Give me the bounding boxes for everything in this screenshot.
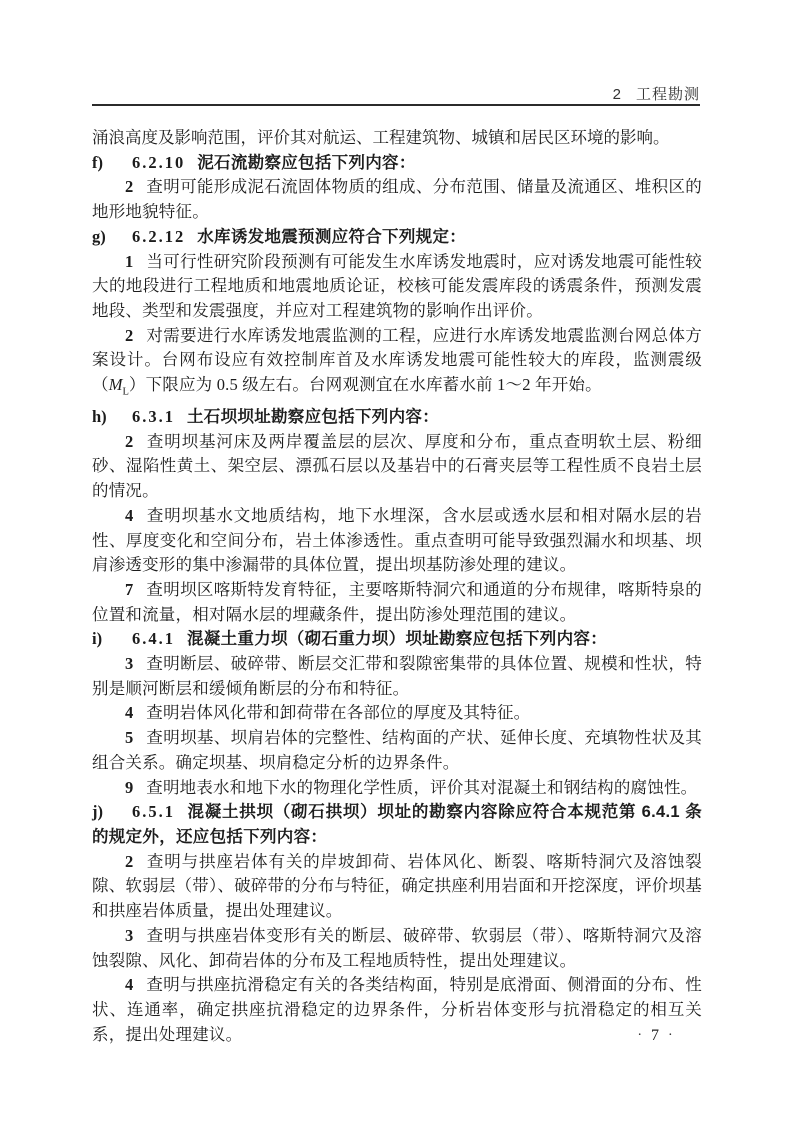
item-number: 3 <box>125 926 133 945</box>
item-number: 2 <box>125 852 133 871</box>
item-text: 查明坝基河床及两岸覆盖层的层次、厚度和分布，重点查明软土层、粉细砂、湿陷性黄土、… <box>92 432 702 500</box>
item-number: 4 <box>125 703 133 722</box>
list-item: 2查明与拱座岩体有关的岸坡卸荷、岩体风化、断裂、喀斯特洞穴及溶蚀裂隙、软弱层（带… <box>92 850 702 924</box>
list-label: j) <box>92 800 132 825</box>
list-item: 4查明与拱座抗滑稳定有关的各类结构面，特别是底滑面、侧滑面的分布、性状、连通率，… <box>92 973 702 1047</box>
list-item: 7查明坝区喀斯特发育特征，主要喀斯特洞穴和通道的分布规律，喀斯特泉的位置和流量，… <box>92 578 702 627</box>
item-text: 当可行性研究阶段预测有可能发生水库诱发地震时，应对诱发地震可能性较大的地段进行工… <box>92 252 702 320</box>
chapter-title: 工程勘测 <box>636 86 700 103</box>
clause-number: 6.2.12 <box>132 227 185 246</box>
document-body: 涌浪高度及影响范围，评价其对航运、工程建筑物、城镇和居民区环境的影响。 f)6.… <box>92 126 702 1047</box>
page-number: ·7· <box>612 1027 698 1045</box>
list-label: g) <box>92 225 132 250</box>
list-item: 2查明坝基河床及两岸覆盖层的层次、厚度和分布，重点查明软土层、粉细砂、湿陷性黄土… <box>92 430 702 504</box>
list-item: 3查明断层、破碎带、断层交汇带和裂隙密集带的具体位置、规模和性状，特别是顺河断层… <box>92 652 702 701</box>
item-number: 2 <box>125 177 133 196</box>
list-label: f) <box>92 151 132 176</box>
item-text: 查明与拱座岩体变形有关的断层、破碎带、软弱层（带）、喀斯特洞穴及溶蚀裂隙、风化、… <box>92 926 702 970</box>
list-item: 9查明地表水和地下水的物理化学性质，评价其对混凝土和钢结构的腐蚀性。 <box>92 776 702 801</box>
list-label: h) <box>92 405 132 430</box>
list-item: 4查明岩体风化带和卸荷带在各部位的厚度及其特征。 <box>92 701 702 726</box>
item-text: 查明坝基、坝肩岩体的完整性、结构面的产状、延伸长度、充填物性状及其组合关系。确定… <box>92 728 702 772</box>
chapter-number: 2 <box>613 86 622 103</box>
item-text: 查明断层、破碎带、断层交汇带和裂隙密集带的具体位置、规模和性状，特别是顺河断层和… <box>92 654 702 698</box>
clause-title: 泥石流勘察应包括下列内容： <box>197 154 415 172</box>
item-text: 查明可能形成泥石流固体物质的组成、分布范围、储量及流通区、堆积区的地形地貌特征。 <box>92 177 702 221</box>
item-number: 1 <box>125 252 133 271</box>
clause-number: 6.5.1 <box>132 802 175 821</box>
clause-heading-g: g)6.2.12水库诱发地震预测应符合下列规定： <box>92 225 702 250</box>
list-item: 3查明与拱座岩体变形有关的断层、破碎带、软弱层（带）、喀斯特洞穴及溶蚀裂隙、风化… <box>92 924 702 973</box>
item-number: 9 <box>125 778 133 797</box>
list-item: 5查明坝基、坝肩岩体的完整性、结构面的产状、延伸长度、充填物性状及其组合关系。确… <box>92 726 702 775</box>
item-number: 7 <box>125 580 133 599</box>
header-rule <box>92 104 700 106</box>
paragraph-continuation: 涌浪高度及影响范围，评价其对航运、工程建筑物、城镇和居民区环境的影响。 <box>92 126 702 151</box>
item-text: 查明与拱座岩体有关的岸坡卸荷、岩体风化、断裂、喀斯特洞穴及溶蚀裂隙、软弱层（带）… <box>92 852 702 920</box>
clause-title: 土石坝坝址勘察应包括下列内容： <box>187 408 439 426</box>
clause-heading-i: i)6.4.1混凝土重力坝（砌石重力坝）坝址勘察应包括下列内容： <box>92 627 702 652</box>
clause-number: 6.4.1 <box>132 629 175 648</box>
magnitude-symbol: M <box>109 375 123 394</box>
clause-title: 水库诱发地震预测应符合下列规定： <box>197 228 466 246</box>
list-item: 1当可行性研究阶段预测有可能发生水库诱发地震时，应对诱发地震可能性较大的地段进行… <box>92 250 702 324</box>
item-number: 2 <box>125 432 133 451</box>
clause-number: 6.2.10 <box>132 153 185 172</box>
list-item: 2对需要进行水库诱发地震监测的工程，应进行水库诱发地震监测台网总体方案设计。台网… <box>92 324 702 405</box>
clause-heading-j: j)6.5.1混凝土拱坝（砌石拱坝）坝址的勘察内容除应符合本规范第 6.4.1 … <box>92 800 702 849</box>
page-number-dot-left: · <box>637 1028 642 1043</box>
list-label: i) <box>92 627 132 652</box>
item-number: 3 <box>125 654 133 673</box>
page-number-value: 7 <box>651 1027 659 1044</box>
item-number: 5 <box>125 728 133 747</box>
item-text: 查明地表水和地下水的物理化学性质，评价其对混凝土和钢结构的腐蚀性。 <box>146 778 697 797</box>
item-text: 查明与拱座抗滑稳定有关的各类结构面，特别是底滑面、侧滑面的分布、性状、连通率，确… <box>92 975 702 1043</box>
item-number: 4 <box>125 975 133 994</box>
page-number-dot-right: · <box>668 1028 673 1043</box>
item-number: 2 <box>125 326 133 345</box>
item-text: 查明坝基水文地质结构，地下水埋深，含水层或透水层和相对隔水层的岩性、厚度变化和空… <box>92 506 702 574</box>
clause-number: 6.3.1 <box>132 407 175 426</box>
clause-heading-f: f)6.2.10泥石流勘察应包括下列内容： <box>92 151 702 176</box>
item-number: 4 <box>125 506 133 525</box>
running-header: 2工程勘测 <box>92 83 700 104</box>
item-text: 查明岩体风化带和卸荷带在各部位的厚度及其特征。 <box>146 703 530 722</box>
item-text: 查明坝区喀斯特发育特征，主要喀斯特洞穴和通道的分布规律，喀斯特泉的位置和流量，相… <box>92 580 702 624</box>
clause-title: 混凝土重力坝（砌石重力坝）坝址勘察应包括下列内容： <box>187 630 607 648</box>
clause-title: 混凝土拱坝（砌石拱坝）坝址的勘察内容除应符合本规范第 6.4.1 条的规定外，还… <box>92 803 702 846</box>
item-text: ）下限应为 0.5 级左右。台网观测宜在水库蓄水前 1～2 年开始。 <box>129 375 602 394</box>
clause-heading-h: h)6.3.1土石坝坝址勘察应包括下列内容： <box>92 405 702 430</box>
list-item: 2查明可能形成泥石流固体物质的组成、分布范围、储量及流通区、堆积区的地形地貌特征… <box>92 175 702 224</box>
list-item: 4查明坝基水文地质结构，地下水埋深，含水层或透水层和相对隔水层的岩性、厚度变化和… <box>92 504 702 578</box>
document-page: 2工程勘测 涌浪高度及影响范围，评价其对航运、工程建筑物、城镇和居民区环境的影响… <box>0 0 793 1123</box>
